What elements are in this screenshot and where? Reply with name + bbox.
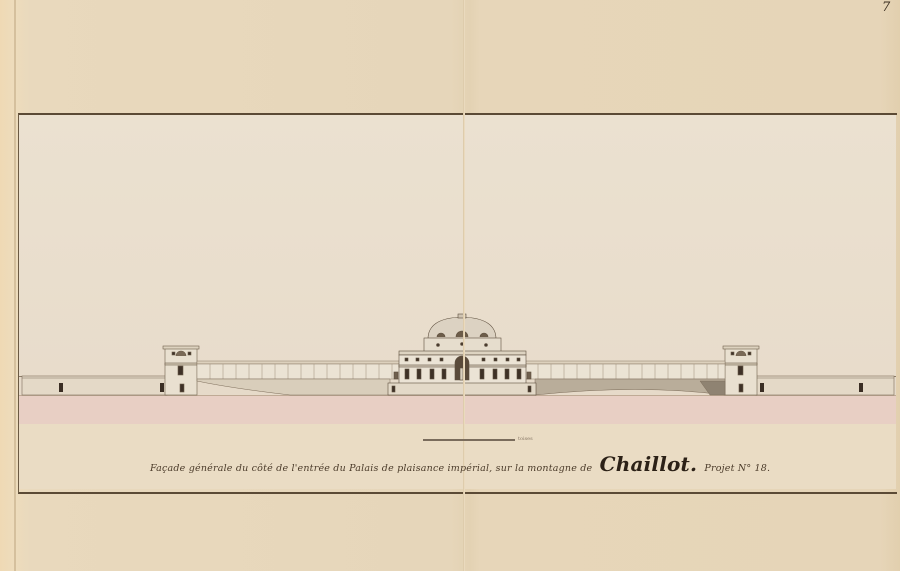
folio-number: 7 <box>882 0 890 15</box>
left-colonnade <box>197 361 400 379</box>
caption-place: Chaillot. <box>600 452 698 476</box>
right-end-pavilion <box>723 346 759 395</box>
right-colonnade <box>525 361 725 379</box>
central-domed-pavilion <box>388 314 536 395</box>
center-fold <box>463 0 465 571</box>
scale-bar-label: toises <box>518 436 533 442</box>
palace-elevation <box>0 300 900 400</box>
scale-bar <box>423 439 515 441</box>
caption-project: Projet N° 18. <box>704 463 770 474</box>
binding-edge <box>14 0 16 571</box>
drawing-sheet: 7 <box>0 0 900 571</box>
caption-title: Façade générale du côté de l'entrée du P… <box>150 463 592 474</box>
drawing-caption: Façade générale du côté de l'entrée du P… <box>150 452 750 476</box>
left-end-pavilion <box>163 346 199 395</box>
